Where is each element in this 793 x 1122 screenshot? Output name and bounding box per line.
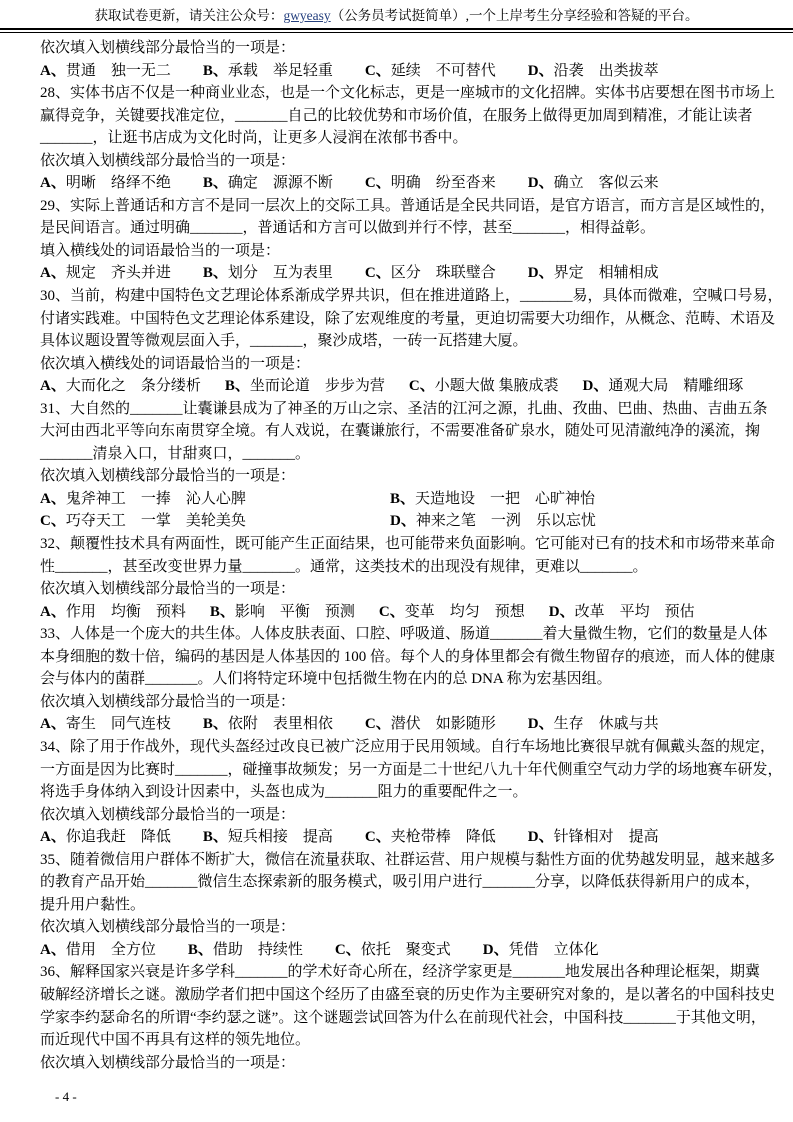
q29-option-b-label: B、 [203,265,228,281]
q29-options: A、规定 齐头并进 B、划分 互为表里 C、区分 珠联璧合 D、界定 相辅相成 [40,262,753,285]
q34-option-d: D、针锋相对 提高 [528,826,659,849]
q32-option-d-text: 改革 平均 预估 [575,604,695,620]
q29-line-2: 是民间语言。通过明确_______，普通话和方言可以做到并行不悖，甚至_____… [40,217,753,240]
q29-option-b-text: 划分 互为表里 [228,265,333,281]
q34-options: A、你追我赶 降低 B、短兵相接 提高 C、夹枪带棒 降低 D、针锋相对 提高 [40,826,753,849]
q27-option-b-text: 承载 举足轻重 [228,63,333,79]
q30-line-3: 具体议题设置等微观层面入手，_______，聚沙成塔，一砖一瓦搭建大厦。 [40,330,753,353]
q32-option-b: B、影响 平衡 预测 [210,601,355,624]
q28-option-b-text: 确定 源源不断 [228,175,333,191]
q33-option-c-label: C、 [365,716,391,732]
q30-option-d-text: 通观大局 精雕细琢 [608,378,743,394]
q28-option-a-label: A、 [40,175,66,191]
q34-option-c-label: C、 [365,829,391,845]
q27-option-a-label: A、 [40,63,66,79]
q35-option-c-text: 依托 聚变式 [361,942,451,958]
q32-line-2: 性_______，甚至改变世界力量_______。通常，这类技术的出现没有规律，… [40,556,753,579]
q35-line-3: 提升用户黏性。 [40,894,753,917]
q31-option-c-label: C、 [40,513,66,529]
q34-option-b-label: B、 [203,829,228,845]
q34-option-a-label: A、 [40,829,66,845]
q28-option-c-text: 明确 纷至沓来 [391,175,496,191]
q30-options: A、大而化之 条分缕析 B、坐而论道 步步为营 C、小题大做 集腋成裘 D、通观… [40,375,753,398]
q28-option-d: D、确立 客似云来 [528,172,659,195]
q28-options: A、明晰 络绎不绝 B、确定 源源不断 C、明确 纷至沓来 D、确立 客似云来 [40,172,753,195]
q30-line-1: 30、当前，构建中国特色文艺理论体系渐成学界共识，但在推进道路上，_______… [40,285,753,308]
q28-line-1: 28、实体书店不仅是一种商业业态，也是一个文化标志，更是一座城市的文化招牌。实体… [40,82,753,105]
header-text-suffix: （公务员考试挺简单）,一个上岸考生分享经验和答疑的平台。 [331,8,699,23]
q33-option-c: C、潜伏 如影随形 [365,713,496,736]
q36-line-1: 36、解释国家兴衰是许多学科_______的学术好奇心所在，经济学家更是____… [40,961,753,984]
q30-option-a: A、大而化之 条分缕析 [40,375,201,398]
q30-prompt: 依次填入横线处的词语最恰当的一项是： [40,353,753,376]
q31-option-b-text: 天造地设 一把 心旷神怡 [415,491,595,507]
q31-options-row-2: C、巧夺天工 一掌 美轮美奂 D、神来之笔 一洌 乐以忘忧 [40,510,753,533]
q34-option-d-label: D、 [528,829,554,845]
q36-line-2: 破解经济增长之谜。激励学者们把中国这个经历了由盛至衰的历史作为主要研究对象的，是… [40,984,753,1007]
q28-option-b-label: B、 [203,175,228,191]
official-account-link[interactable]: gwyeasy [283,8,330,23]
q35-option-b-label: B、 [188,942,213,958]
q33-option-b: B、依附 表里相依 [203,713,333,736]
q36-prompt: 依次填入划横线部分最恰当的一项是： [40,1052,753,1075]
q30-option-a-label: A、 [40,378,66,394]
q33-option-c-text: 潜伏 如影随形 [391,716,496,732]
q31-line-1: 31、大自然的_______让囊谦县成为了神圣的万山之宗、圣洁的江河之源，扎曲、… [40,398,753,421]
q29-option-c-text: 区分 珠联璧合 [391,265,496,281]
q33-option-d-label: D、 [528,716,554,732]
q29-option-c: C、区分 珠联璧合 [365,262,496,285]
q29-option-c-label: C、 [365,265,391,281]
q33-line-1: 33、人体是一个庞大的共生体。人体皮肤表面、口腔、呼吸道、肠道_______着大… [40,623,753,646]
q36-line-3: 学家李约瑟命名的所谓“李约瑟之谜”。这个谜题尝试回答为什么在前现代社会，中国科技… [40,1007,753,1030]
q27-option-d-text: 沿袭 出类拔萃 [554,63,659,79]
q32-option-a-text: 作用 均衡 预料 [66,604,186,620]
q29-line-1: 29、实际上普通话和方言不是同一层次上的交际工具。普通话是全民共同语，是官方语言… [40,195,753,218]
q28-option-d-label: D、 [528,175,554,191]
q34-option-a: A、你追我赶 降低 [40,826,171,849]
q27-option-b: B、承载 举足轻重 [203,60,333,83]
q32-option-a: A、作用 均衡 预料 [40,601,186,624]
q35-option-b: B、借助 持续性 [188,939,303,962]
q32-options: A、作用 均衡 预料 B、影响 平衡 预测 C、变革 均匀 预想 D、改革 平均… [40,601,753,624]
q27-options: A、贯通 独一无二 B、承载 举足轻重 C、延续 不可替代 D、沿袭 出类拔萃 [40,60,753,83]
q33-option-a-label: A、 [40,716,66,732]
q27-option-c-label: C、 [365,63,391,79]
q30-option-d-label: D、 [583,378,609,394]
q32-option-b-text: 影响 平衡 预测 [235,604,355,620]
header-divider [0,28,793,33]
q34-line-2: 一方面是因为比赛时_______，碰撞事故频发；另一方面是二十世纪八九十年代侧重… [40,759,753,782]
q27-option-c-text: 延续 不可替代 [391,63,496,79]
q33-option-d: D、生存 休戚与共 [528,713,659,736]
q32-option-a-label: A、 [40,604,66,620]
q28-option-b: B、确定 源源不断 [203,172,333,195]
q35-option-d-label: D、 [483,942,509,958]
q34-option-d-text: 针锋相对 提高 [554,829,659,845]
q33-prompt: 依次填入划横线部分最恰当的一项是： [40,691,753,714]
q29-option-a-label: A、 [40,265,66,281]
q29-option-d: D、界定 相辅相成 [528,262,659,285]
q31-option-c: C、巧夺天工 一掌 美轮美奂 [40,510,390,533]
q31-line-3: _______清泉入口，甘甜爽口，_______。 [40,443,753,466]
q34-option-c: C、夹枪带棒 降低 [365,826,496,849]
q30-line-2: 付诸实践难。中国特色文艺理论体系建设，除了宏观维度的考量，更迫切需要大功细作，从… [40,308,753,331]
q34-line-1: 34、除了用于作战外，现代头盔经过改良已被广泛应用于民用领域。自行车场地比赛很早… [40,736,753,759]
q28-line-2: 赢得竞争，关键要找准定位，_______自己的比较优势和市场价值，在服务上做得更… [40,105,753,128]
q29-option-a-text: 规定 齐头并进 [66,265,171,281]
q32-option-d-label: D、 [549,604,575,620]
q30-option-a-text: 大而化之 条分缕析 [66,378,201,394]
q32-option-d: D、改革 平均 预估 [549,601,695,624]
header-text-prefix: 获取试卷更新，请关注公众号： [94,8,283,23]
q35-line-1: 35、随着微信用户群体不断扩大，微信在流量获取、社群运营、用户规模与黏性方面的优… [40,849,753,872]
q28-line-3: _______，让逛书店成为文化时尚，让更多人浸润在浓郁书香中。 [40,127,753,150]
q30-option-d: D、通观大局 精雕细琢 [583,375,744,398]
q31-option-a-text: 鬼斧神工 一捧 沁人心脾 [66,491,246,507]
q35-option-c: C、依托 聚变式 [335,939,451,962]
q32-prompt: 依次填入划横线部分最恰当的一项是： [40,578,753,601]
q27-option-a: A、贯通 独一无二 [40,60,171,83]
q35-prompt: 依次填入划横线部分最恰当的一项是： [40,916,753,939]
q33-option-b-label: B、 [203,716,228,732]
q30-option-c-text: 小题大做 集腋成裘 [435,378,559,394]
exam-page: 获取试卷更新，请关注公众号：gwyeasy（公务员考试挺简单）,一个上岸考生分享… [0,0,793,1122]
q32-option-c-text: 变革 均匀 预想 [405,604,525,620]
q34-option-b-text: 短兵相接 提高 [228,829,333,845]
q31-prompt: 依次填入划横线部分最恰当的一项是： [40,465,753,488]
q34-option-c-text: 夹枪带棒 降低 [391,829,496,845]
q30-option-c-label: C、 [409,378,435,394]
q32-option-c: C、变革 均匀 预想 [379,601,525,624]
q32-line-1: 32、颠覆性技术具有两面性，既可能产生正面结果，也可能带来负面影响。它可能对已有… [40,533,753,556]
q28-option-a: A、明晰 络绎不绝 [40,172,171,195]
q33-option-d-text: 生存 休戚与共 [554,716,659,732]
q30-option-c: C、小题大做 集腋成裘 [409,375,559,398]
q27-option-d-label: D、 [528,63,554,79]
q34-option-a-text: 你追我赶 降低 [66,829,171,845]
q35-option-a-label: A、 [40,942,66,958]
q35-option-a-text: 借用 全方位 [66,942,156,958]
q31-option-b-label: B、 [390,491,415,507]
q31-option-d-text: 神来之笔 一洌 乐以忘忧 [416,513,596,529]
page-header: 获取试卷更新，请关注公众号：gwyeasy（公务员考试挺简单）,一个上岸考生分享… [0,7,793,25]
page-number: - 4 - [55,1089,77,1105]
q28-option-d-text: 确立 客似云来 [554,175,659,191]
exam-content: 依次填入划横线部分最恰当的一项是： A、贯通 独一无二 B、承载 举足轻重 C、… [40,37,753,1074]
q27-option-b-label: B、 [203,63,228,79]
q35-line-2: 的教育产品开始_______微信生态探索新的服务模式，吸引用户进行_______… [40,871,753,894]
q31-options-row-1: A、鬼斧神工 一捧 沁人心脾 B、天造地设 一把 心旷神怡 [40,488,753,511]
q30-option-b-label: B、 [225,378,250,394]
q33-option-a: A、寄生 同气连枝 [40,713,171,736]
q28-option-c-label: C、 [365,175,391,191]
q31-line-2: 大河由西北平等向东南贯穿全境。有人戏说，在囊谦旅行，不需要准备矿泉水，随处可见清… [40,420,753,443]
q30-option-b: B、坐而论道 步步为营 [225,375,385,398]
q33-option-b-text: 依附 表里相依 [228,716,333,732]
q31-option-b: B、天造地设 一把 心旷神怡 [390,488,753,511]
q35-option-a: A、借用 全方位 [40,939,156,962]
q28-prompt: 依次填入划横线部分最恰当的一项是： [40,150,753,173]
q29-option-a: A、规定 齐头并进 [40,262,171,285]
q34-line-3: 将选手身体纳入到设计因素中，头盔也成为_______阻力的重要配件之一。 [40,781,753,804]
q27-option-d: D、沿袭 出类拔萃 [528,60,659,83]
q33-line-3: 会与体内的菌群_______。人们将特定环境中包括微生物在内的总 DNA 称为宏… [40,668,753,691]
q32-option-b-label: B、 [210,604,235,620]
q33-option-a-text: 寄生 同气连枝 [66,716,171,732]
q31-option-d-label: D、 [390,513,416,529]
q27-prompt: 依次填入划横线部分最恰当的一项是： [40,37,753,60]
q36-line-4: 而近现代中国不再具有这样的领先地位。 [40,1029,753,1052]
q31-option-d: D、神来之笔 一洌 乐以忘忧 [390,510,753,533]
q31-option-a: A、鬼斧神工 一捧 沁人心脾 [40,488,390,511]
q33-options: A、寄生 同气连枝 B、依附 表里相依 C、潜伏 如影随形 D、生存 休戚与共 [40,713,753,736]
q35-option-c-label: C、 [335,942,361,958]
q29-option-d-text: 界定 相辅相成 [554,265,659,281]
q34-prompt: 依次填入划横线部分最恰当的一项是： [40,804,753,827]
q31-option-c-text: 巧夺天工 一掌 美轮美奂 [66,513,246,529]
q33-line-2: 本身细胞的数十倍，编码的基因是人体基因的 100 倍。每个人的身体里都会有微生物… [40,646,753,669]
q31-option-a-label: A、 [40,491,66,507]
q27-option-a-text: 贯通 独一无二 [66,63,171,79]
q28-option-a-text: 明晰 络绎不绝 [66,175,171,191]
q34-option-b: B、短兵相接 提高 [203,826,333,849]
q35-option-d: D、凭借 立体化 [483,939,599,962]
q35-option-b-text: 借助 持续性 [213,942,303,958]
q29-option-d-label: D、 [528,265,554,281]
q35-option-d-text: 凭借 立体化 [509,942,599,958]
q35-options: A、借用 全方位 B、借助 持续性 C、依托 聚变式 D、凭借 立体化 [40,939,753,962]
q30-option-b-text: 坐而论道 步步为营 [250,378,385,394]
q28-option-c: C、明确 纷至沓来 [365,172,496,195]
q29-prompt: 填入横线处的词语最恰当的一项是： [40,240,753,263]
q27-option-c: C、延续 不可替代 [365,60,496,83]
q29-option-b: B、划分 互为表里 [203,262,333,285]
q32-option-c-label: C、 [379,604,405,620]
